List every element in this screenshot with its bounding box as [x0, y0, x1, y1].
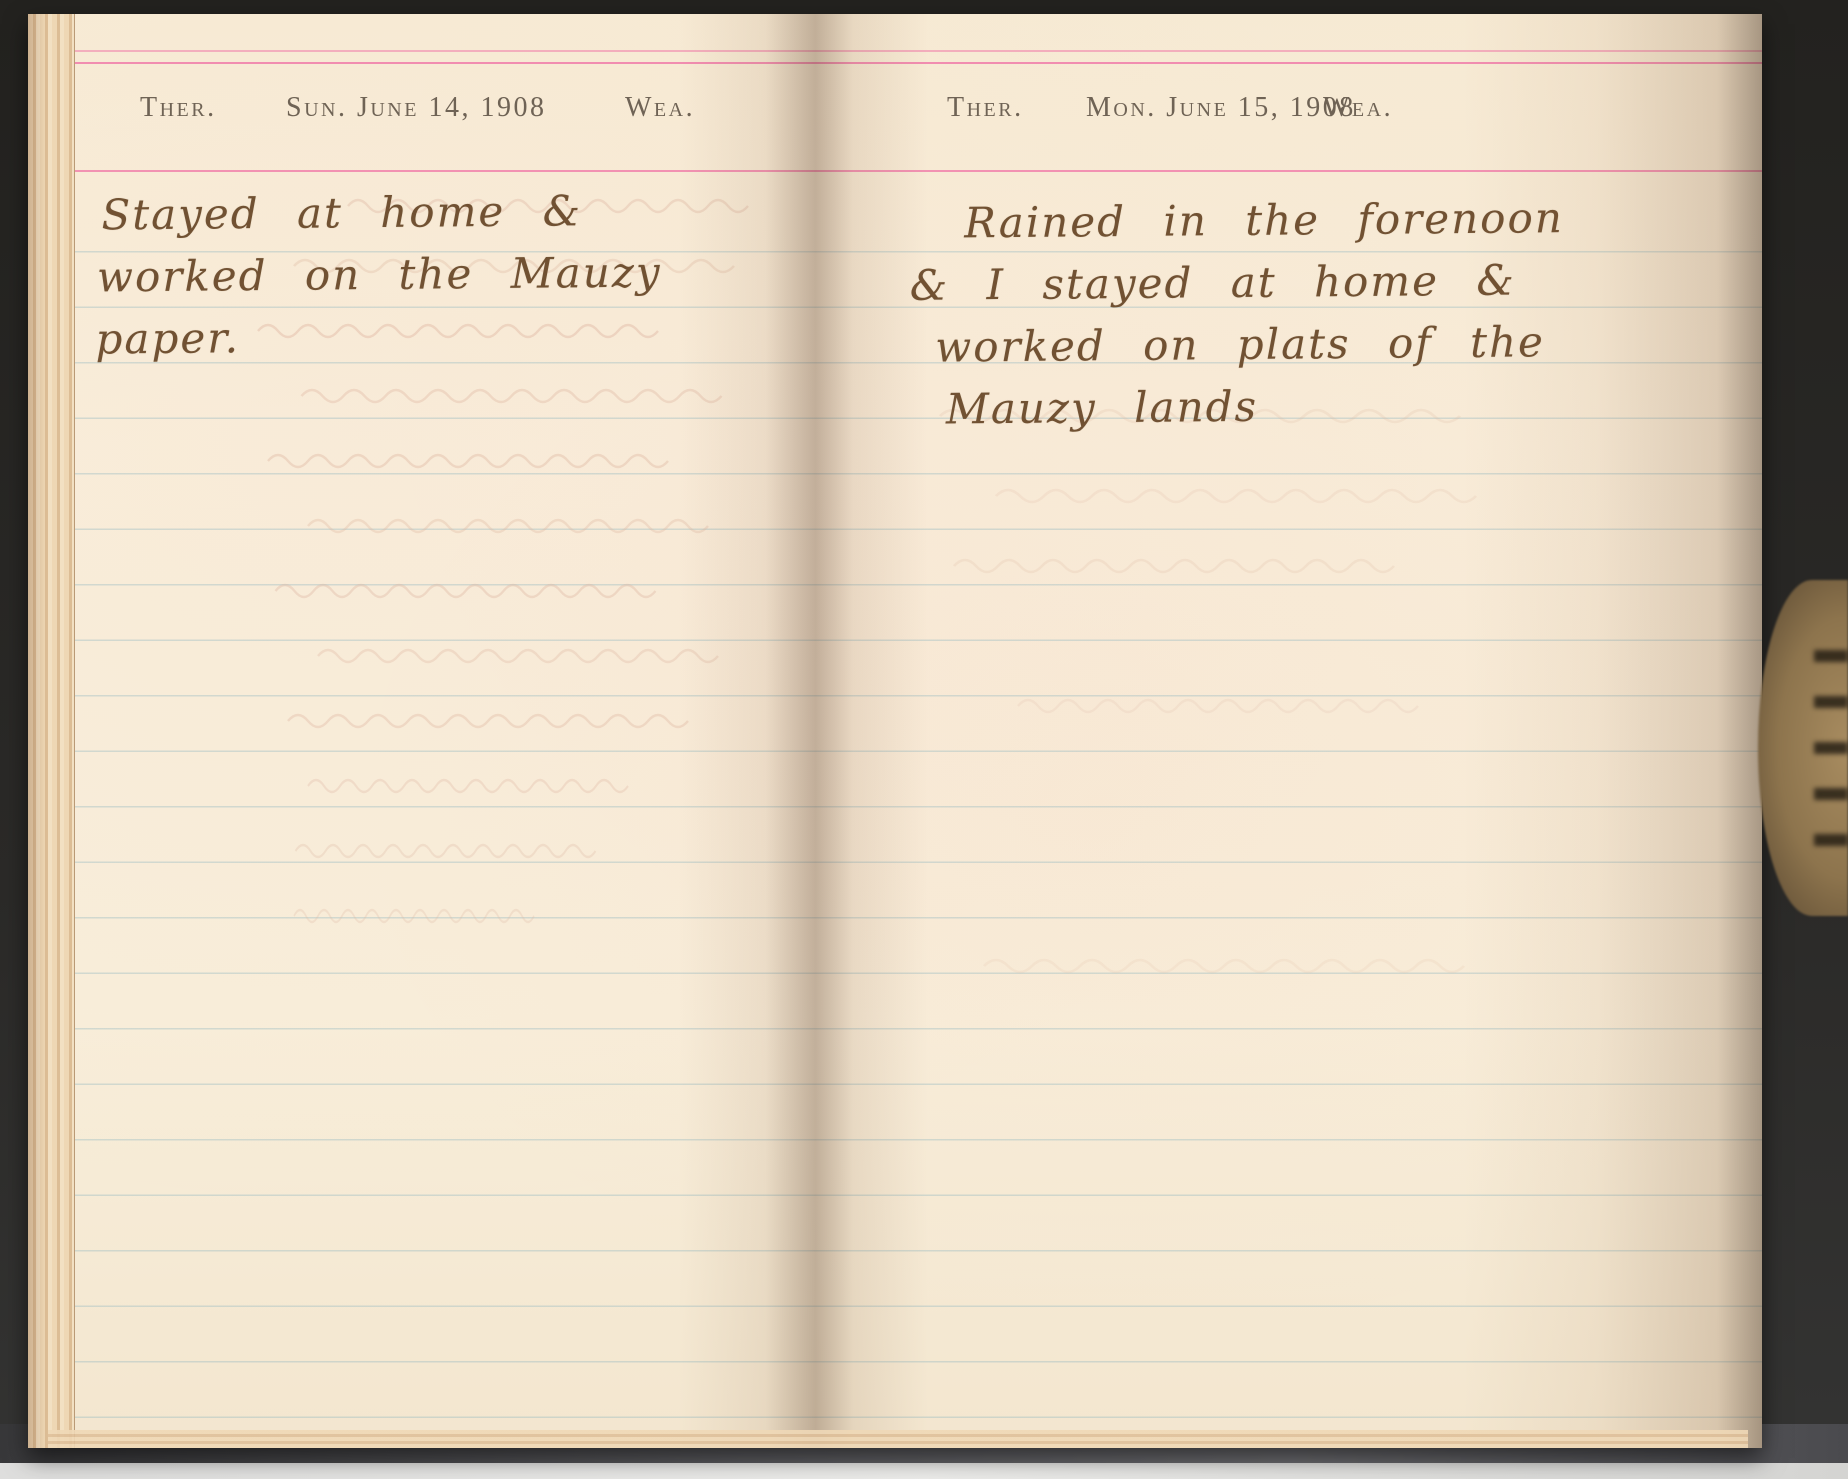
left-page-date: Sun. June 14, 1908 [286, 92, 546, 124]
page-stack-shade-right [1462, 14, 1762, 1448]
book-gutter-shadow [678, 14, 928, 1448]
page-edge-stack-left [28, 14, 75, 1448]
right-page-ther-label: Ther. [947, 92, 1024, 124]
diary-open-spread: Ther. Sun. June 14, 1908 Wea. Ther. Mon.… [28, 14, 1762, 1448]
page-edge-stack-bottom [48, 1430, 1748, 1448]
book-fore-edge [1758, 580, 1848, 916]
handwritten-line: worked on the Mauzy [95, 242, 662, 309]
right-page-wea-label: Wea. [1323, 92, 1393, 124]
right-page-date: Mon. June 15, 1908 [1086, 92, 1356, 124]
diary-entry-left: Stayed at home & worked on the Mauzy pap… [94, 180, 662, 371]
left-page-ther-label: Ther. [140, 92, 217, 124]
backdrop-light-strip [0, 1463, 1848, 1479]
handwritten-line: Stayed at home & [94, 180, 661, 247]
handwritten-line: paper. [95, 304, 662, 371]
diary-scan-photo: Ther. Sun. June 14, 1908 Wea. Ther. Mon.… [0, 0, 1848, 1479]
fore-edge-stripes [1814, 650, 1848, 860]
